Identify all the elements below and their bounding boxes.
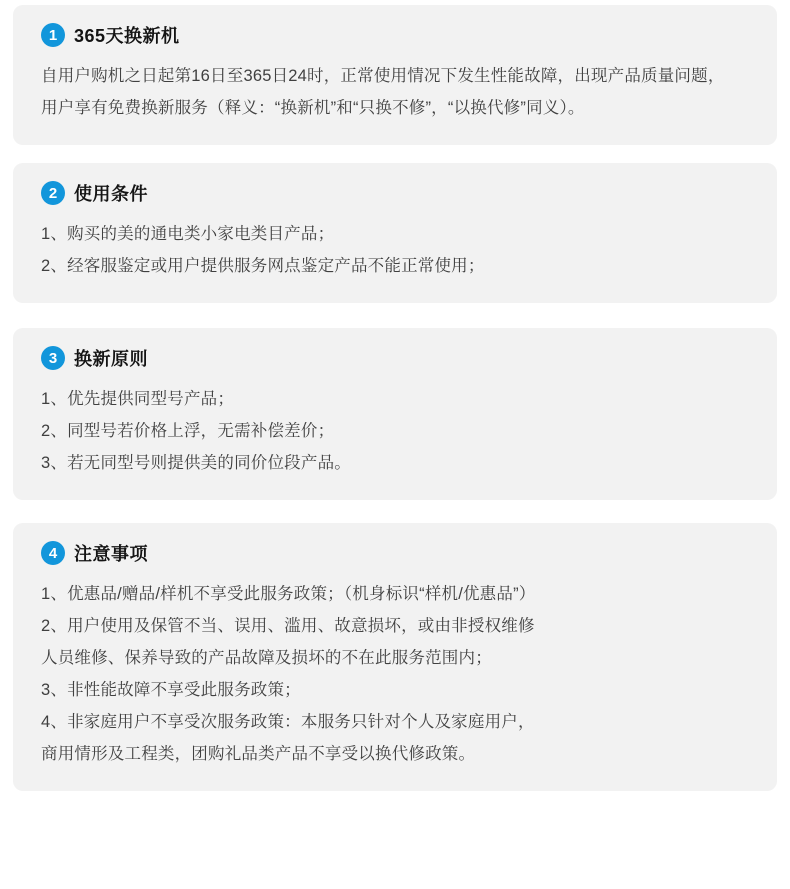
section-header: 2 使用条件	[41, 180, 749, 206]
section-number-badge: 2	[41, 181, 65, 205]
section-title: 换新原则	[74, 345, 148, 371]
policy-text-line: 3、若无同型号则提供美的同价位段产品。	[41, 447, 749, 479]
policy-text-line: 2、经客服鉴定或用户提供服务网点鉴定产品不能正常使用；	[41, 250, 749, 282]
policy-text-line: 1、购买的美的通电类小家电类目产品；	[41, 218, 749, 250]
policy-text-line: 2、同型号若价格上浮，无需补偿差价；	[41, 415, 749, 447]
section-title: 使用条件	[74, 180, 148, 206]
service-policy-page: 1 365天换新机 自用户购机之日起第16日至365日24时，正常使用情况下发生…	[0, 0, 790, 791]
section-title: 注意事项	[74, 540, 148, 566]
section-header: 4 注意事项	[41, 540, 749, 566]
policy-card-notes: 4 注意事项 1、优惠品/赠品/样机不享受此服务政策；（机身标识“样机/优惠品”…	[13, 523, 777, 791]
policy-text-line: 用户享有免费换新服务（释义：“换新机”和“只换不修”，“以换代修”同义）。	[41, 92, 749, 124]
section-number-badge: 4	[41, 541, 65, 565]
policy-text-line: 自用户购机之日起第16日至365日24时，正常使用情况下发生性能故障，出现产品质…	[41, 60, 749, 92]
section-number-badge: 3	[41, 346, 65, 370]
policy-text-line: 1、优先提供同型号产品；	[41, 383, 749, 415]
section-body: 1、优惠品/赠品/样机不享受此服务政策；（机身标识“样机/优惠品”） 2、用户使…	[41, 578, 749, 770]
policy-text-line: 人员维修、保养导致的产品故障及损坏的不在此服务范围内；	[41, 642, 749, 674]
section-header: 3 换新原则	[41, 345, 749, 371]
section-body: 自用户购机之日起第16日至365日24时，正常使用情况下发生性能故障，出现产品质…	[41, 60, 749, 124]
policy-text-line: 商用情形及工程类，团购礼品类产品不享受以换代修政策。	[41, 738, 749, 770]
policy-text-line: 4、非家庭用户不享受次服务政策：本服务只针对个人及家庭用户，	[41, 706, 749, 738]
policy-text-line: 1、优惠品/赠品/样机不享受此服务政策；（机身标识“样机/优惠品”）	[41, 578, 749, 610]
section-number-badge: 1	[41, 23, 65, 47]
policy-text-line: 2、用户使用及保管不当、误用、滥用、故意损坏，或由非授权维修	[41, 610, 749, 642]
section-body: 1、购买的美的通电类小家电类目产品； 2、经客服鉴定或用户提供服务网点鉴定产品不…	[41, 218, 749, 282]
policy-card-365-day-replacement: 1 365天换新机 自用户购机之日起第16日至365日24时，正常使用情况下发生…	[13, 5, 777, 145]
policy-text-line: 3、非性能故障不享受此服务政策；	[41, 674, 749, 706]
policy-card-usage-conditions: 2 使用条件 1、购买的美的通电类小家电类目产品； 2、经客服鉴定或用户提供服务…	[13, 163, 777, 303]
section-header: 1 365天换新机	[41, 22, 749, 48]
section-body: 1、优先提供同型号产品； 2、同型号若价格上浮，无需补偿差价； 3、若无同型号则…	[41, 383, 749, 479]
policy-card-replacement-principles: 3 换新原则 1、优先提供同型号产品； 2、同型号若价格上浮，无需补偿差价； 3…	[13, 328, 777, 500]
section-title: 365天换新机	[74, 22, 180, 48]
